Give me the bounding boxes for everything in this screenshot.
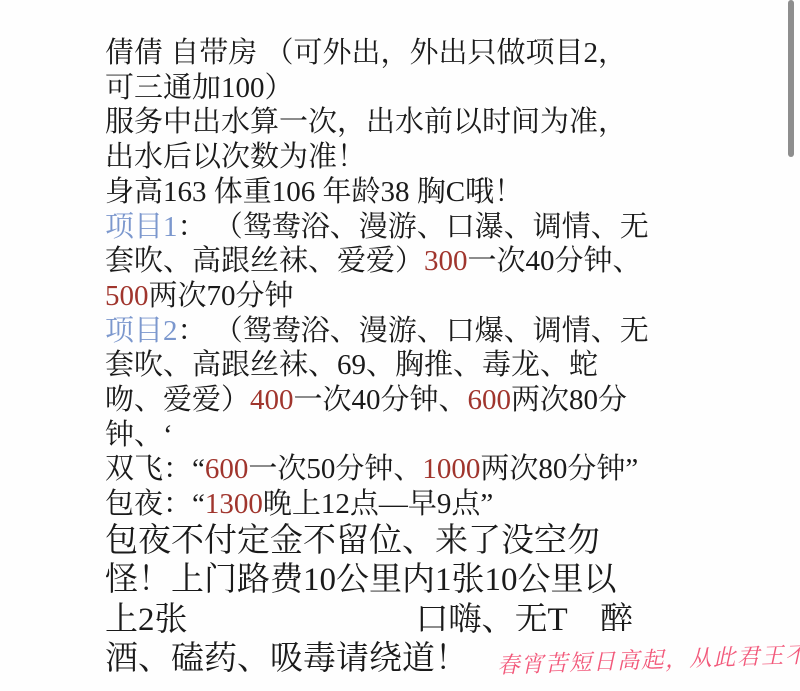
text-run: 酒、磕药、吸毒请绕道！ — [105, 641, 468, 677]
text-line: 钟、‘ — [105, 418, 705, 453]
text-run: 双飞：“ — [105, 453, 205, 485]
text-run: 两次80分 — [511, 384, 627, 416]
text-line: 包夜不付定金不留位、来了没空勿 — [105, 522, 705, 562]
text-run: 一次40分钟、 — [294, 384, 468, 416]
text-line: 项目1： （鸳鸯浴、漫游、口瀑、调情、无 — [105, 210, 705, 245]
text-run: 倩倩 自带房 （可外出，外出只做项目2， — [105, 37, 627, 69]
price-value: 500 — [105, 280, 149, 312]
text-line: 倩倩 自带房 （可外出，外出只做项目2， — [105, 36, 705, 71]
text-line: 服务中出水算一次，出水前以时间为准， — [105, 105, 705, 140]
text-line: 身高163 体重106 年龄38 胸C哦！ — [105, 175, 705, 210]
text-line: 怪！上门路费10公里内1张10公里以 — [105, 561, 705, 601]
price-value: 1000 — [422, 453, 480, 485]
text-run: ： （鸳鸯浴、漫游、口爆、调情、无 — [178, 315, 649, 347]
scrollbar-thumb[interactable] — [788, 0, 794, 157]
text-line: 项目2： （鸳鸯浴、漫游、口爆、调情、无 — [105, 314, 705, 349]
document-body: 倩倩 自带房 （可外出，外出只做项目2，可三通加100）服务中出水算一次，出水前… — [105, 36, 705, 680]
text-run: 钟、‘ — [105, 419, 173, 451]
price-value: 600 — [468, 384, 512, 416]
text-line: 吻、爱爱）400一次40分钟、600两次80分 — [105, 383, 705, 418]
text-run: 一次40分钟、 — [468, 245, 642, 277]
text-run: 无T 醉 — [515, 601, 634, 631]
text-line: 双飞：“600一次50分钟、1000两次80分钟” — [105, 452, 705, 487]
text-run: 套吹、高跟丝袜、69、胸推、毒龙、蛇 — [105, 349, 598, 381]
text-line: 出水后以次数为准！ — [105, 140, 705, 175]
text-run: 两次70分钟 — [149, 280, 294, 312]
text-run: 可三通加100） — [105, 72, 294, 104]
text-run: 口嗨、 — [416, 602, 515, 638]
price-value: 1300 — [205, 488, 263, 520]
text-run: 身高163 体重106 年龄38 胸C哦！ — [105, 176, 523, 208]
project-label: 项目1 — [105, 211, 178, 243]
text-run: 包夜不付定金不留位、来了没空勿 — [105, 523, 600, 559]
text-line: 500两次70分钟 — [105, 279, 705, 314]
text-run: 出水后以次数为准！ — [105, 141, 366, 173]
text-line: 套吹、高跟丝袜、爱爱）300一次40分钟、 — [105, 244, 705, 279]
text-run: 吻、爱爱） — [105, 384, 250, 416]
text-run: 套吹、高跟丝袜、爱爱） — [105, 245, 424, 277]
text-run: 上2张 — [105, 602, 188, 638]
price-value: 400 — [250, 384, 294, 416]
project-label: 项目2 — [105, 315, 178, 347]
price-value: 300 — [424, 245, 468, 277]
price-value: 600 — [205, 453, 249, 485]
text-run: 晚上12点—早9点” — [263, 488, 493, 520]
text-run: 两次80分钟” — [480, 453, 638, 485]
text-run: 一次50分钟、 — [248, 453, 422, 485]
text-run: 服务中出水算一次，出水前以时间为准， — [105, 106, 627, 138]
text-run: 包夜：“ — [105, 488, 205, 520]
whitespace-gap — [188, 629, 416, 630]
text-line: 可三通加100） — [105, 71, 705, 106]
text-line: 套吹、高跟丝袜、69、胸推、毒龙、蛇 — [105, 348, 705, 383]
text-line: 上2张口嗨、无T 醉 — [105, 601, 705, 641]
text-run: 怪！上门路费10公里内1张10公里以 — [105, 562, 617, 598]
text-run: ： （鸳鸯浴、漫游、口瀑、调情、无 — [178, 211, 649, 243]
text-line: 包夜：“1300晚上12点—早9点” — [105, 487, 705, 522]
